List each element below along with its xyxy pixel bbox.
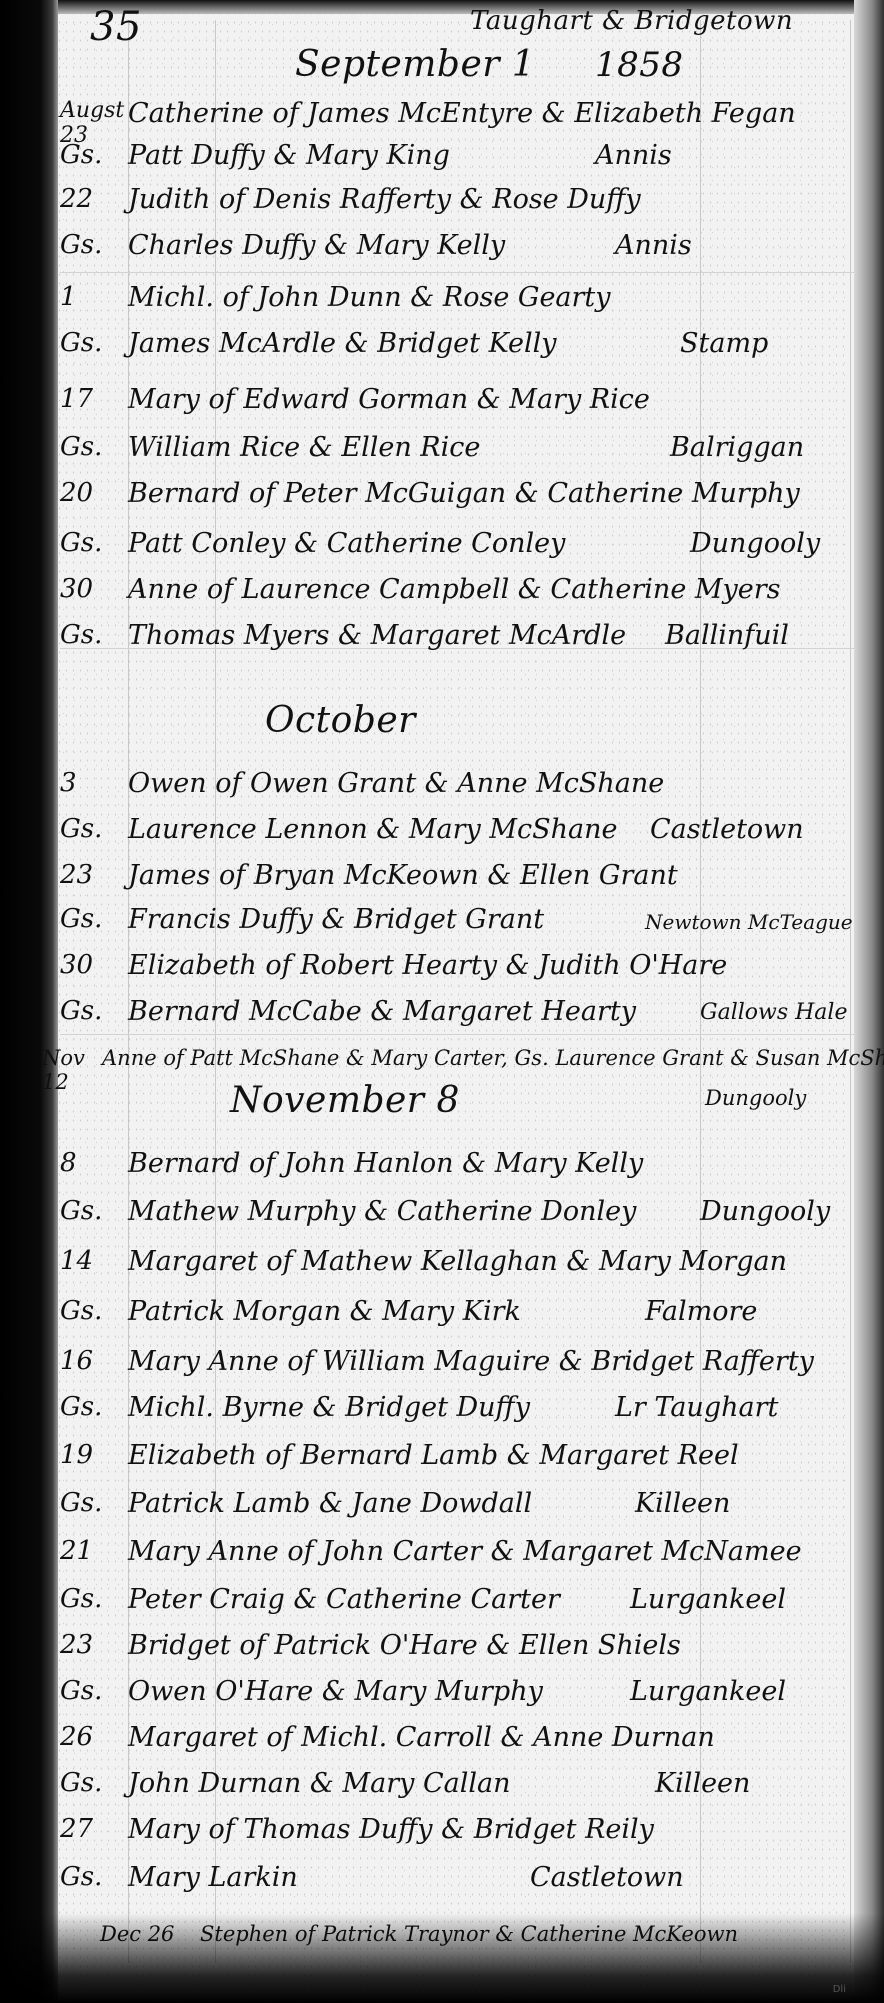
entry-date: 17 [60,384,120,414]
entry-row: Gs. Bernard McCabe & Margaret Hearty Gal… [60,996,854,1036]
entry-date: Gs. [60,140,120,170]
entry-place: Castletown [650,814,804,845]
entry-text: Anne of Laurence Campbell & Catherine My… [128,574,781,605]
entry-row: Gs. William Rice & Ellen Rice Balriggan [60,432,854,472]
page-number: 35 [90,4,142,50]
entry-place: Dungooly [705,1086,806,1110]
entry-date: 21 [60,1536,120,1566]
entry-row: Gs. Patt Duffy & Mary King Annis [60,140,854,180]
entry-text: Anne of Patt McShane & Mary Carter, Gs. … [102,1046,884,1070]
entry-place: Annis [595,140,672,171]
entry-date: Gs. [60,1862,120,1892]
entry-date: 27 [60,1814,120,1844]
entry-text: John Durnan & Mary Callan [128,1768,510,1799]
month-heading-september: September 1 [295,44,535,85]
entry-place: Killeen [655,1768,750,1799]
book-binding [0,0,58,2003]
entry-text: Patrick Morgan & Mary Kirk [128,1296,521,1327]
entry-date: 30 [60,950,120,980]
entry-date: Gs. [60,328,120,358]
entry-date: Gs. [60,1488,120,1518]
entry-row: Gs. Peter Craig & Catherine Carter Lurga… [60,1584,854,1624]
entry-date: Gs. [60,814,120,844]
entry-row: 30 Anne of Laurence Campbell & Catherine… [60,574,854,614]
entry-row: 26 Margaret of Michl. Carroll & Anne Dur… [60,1722,854,1762]
entry-date: 3 [60,768,120,798]
entry-row: Gs. Francis Duffy & Bridget Grant Newtow… [60,904,854,944]
entry-row: 20 Bernard of Peter McGuigan & Catherine… [60,478,854,518]
month-heading-november: November 8 [230,1080,460,1121]
entry-text: Mary Larkin [128,1862,298,1893]
entry-row: 8 Bernard of John Hanlon & Mary Kelly [60,1148,854,1188]
entry-place: Annis [615,230,692,261]
page-right-edge [854,0,884,2003]
entry-place: Falmore [645,1296,757,1327]
entry-row: 23 James of Bryan McKeown & Ellen Grant [60,860,854,900]
entry-row: Gs. Patt Conley & Catherine Conley Dungo… [60,528,854,568]
entry-date: 8 [60,1148,120,1178]
entry-row: 17 Mary of Edward Gorman & Mary Rice [60,384,854,424]
entry-row: Gs. Charles Duffy & Mary Kelly Annis [60,230,854,270]
entry-text: Elizabeth of Robert Hearty & Judith O'Ha… [128,950,727,981]
entry-date: Gs. [60,528,120,558]
entry-place: Ballinfuil [665,620,789,651]
entry-row: 14 Margaret of Mathew Kellaghan & Mary M… [60,1246,854,1286]
entry-text: Charles Duffy & Mary Kelly [128,230,505,261]
entry-date: Nov 12 [42,1046,102,1094]
entry-row: 27 Mary of Thomas Duffy & Bridget Reily [60,1814,854,1854]
entry-date: Gs. [60,432,120,462]
entry-date: 30 [60,574,120,604]
entry-text: Margaret of Michl. Carroll & Anne Durnan [128,1722,715,1753]
entry-place: Lurgankeel [630,1676,786,1707]
entry-place: Lr Taughart [615,1392,778,1423]
entry-date: 1 [60,282,120,312]
entry-row: 30 Elizabeth of Robert Hearty & Judith O… [60,950,854,990]
entry-date: 26 [60,1722,120,1752]
entry-row: Gs. Patrick Lamb & Jane Dowdall Killeen [60,1488,854,1528]
entry-text: Patt Conley & Catherine Conley [128,528,565,559]
entry-text: Thomas Myers & Margaret McArdle [128,620,626,651]
entry-date: 22 [60,184,120,214]
entry-place: Newtown McTeague [645,910,853,934]
entry-row: Gs. James McArdle & Bridget Kelly Stamp [60,328,854,368]
entry-place: Lurgankeel [630,1584,786,1615]
entry-place: Castletown [530,1862,684,1893]
entry-date: 23 [60,860,120,890]
watermark: Dli [833,1984,846,1995]
entry-date: 14 [60,1246,120,1276]
entry-date: 23 [60,1630,120,1660]
entry-text: Judith of Denis Rafferty & Rose Duffy [128,184,641,215]
entry-row: Gs. Thomas Myers & Margaret McArdle Ball… [60,620,854,660]
year-heading: 1858 [595,45,684,85]
entry-date: Gs. [60,1676,120,1706]
entry-date: 19 [60,1440,120,1470]
entry-date: Gs. [60,1296,120,1326]
entry-text: Bernard McCabe & Margaret Hearty [128,996,636,1027]
entry-text: Bridget of Patrick O'Hare & Ellen Shiels [128,1630,681,1661]
entry-text: William Rice & Ellen Rice [128,432,480,463]
entry-text: Patt Duffy & Mary King [128,140,450,171]
entry-place: Balriggan [670,432,804,463]
entry-text: Patrick Lamb & Jane Dowdall [128,1488,532,1519]
entry-text: Catherine of James McEntyre & Elizabeth … [128,98,796,129]
entry-place: Killeen [635,1488,730,1519]
entry-text: Bernard of John Hanlon & Mary Kelly [128,1148,643,1179]
entry-date: Gs. [60,1768,120,1798]
entry-text: Peter Craig & Catherine Carter [128,1584,560,1615]
entry-date: Gs. [60,620,120,650]
entry-date: Gs. [60,1584,120,1614]
month-heading-october: October [265,700,416,741]
entry-text: Mary Anne of William Maguire & Bridget R… [128,1346,814,1377]
entry-row: 22 Judith of Denis Rafferty & Rose Duffy [60,184,854,224]
entry-text: Mary Anne of John Carter & Margaret McNa… [128,1536,802,1567]
entry-date: Gs. [60,230,120,260]
entry-row: Gs. Patrick Morgan & Mary Kirk Falmore [60,1296,854,1336]
entry-text: Mary of Thomas Duffy & Bridget Reily [128,1814,654,1845]
entry-row: Gs. Mathew Murphy & Catherine Donley Dun… [60,1196,854,1236]
entry-text: Mary of Edward Gorman & Mary Rice [128,384,650,415]
entry-date: Gs. [60,904,120,934]
entry-date: Gs. [60,1196,120,1226]
entry-text: Elizabeth of Bernard Lamb & Margaret Ree… [128,1440,739,1471]
entry-row: Gs. John Durnan & Mary Callan Killeen [60,1768,854,1808]
entry-row: 21 Mary Anne of John Carter & Margaret M… [60,1536,854,1576]
entry-text: Mathew Murphy & Catherine Donley [128,1196,636,1227]
parish-note: Taughart & Bridgetown [470,6,793,36]
entry-place: Stamp [680,328,768,359]
entry-date: Gs. [60,1392,120,1422]
entry-place: Dungooly [690,528,820,559]
entry-text: Francis Duffy & Bridget Grant [128,904,544,935]
entry-place: Dungooly [700,1196,830,1227]
entry-text: Bernard of Peter McGuigan & Catherine Mu… [128,478,800,509]
entry-text: Michl. of John Dunn & Rose Gearty [128,282,611,313]
entry-row: Augst 23 Catherine of James McEntyre & E… [60,98,854,138]
entry-text: Margaret of Mathew Kellaghan & Mary Morg… [128,1246,787,1277]
entry-date: Gs. [60,996,120,1026]
entry-row: Gs. Owen O'Hare & Mary Murphy Lurgankeel [60,1676,854,1716]
entry-row: 23 Bridget of Patrick O'Hare & Ellen Shi… [60,1630,854,1670]
entry-row: 16 Mary Anne of William Maguire & Bridge… [60,1346,854,1386]
entry-date: 20 [60,478,120,508]
entry-text: Owen O'Hare & Mary Murphy [128,1676,543,1707]
entry-row: 19 Elizabeth of Bernard Lamb & Margaret … [60,1440,854,1480]
entry-place: Gallows Hale [700,1000,847,1025]
page-bottom-shadow [0,1913,884,2003]
entry-text: Owen of Owen Grant & Anne McShane [128,768,664,799]
entry-text: Laurence Lennon & Mary McShane [128,814,618,845]
entry-text: Michl. Byrne & Bridget Duffy [128,1392,530,1423]
register-page: 35 Taughart & Bridgetown September 1 185… [0,0,884,2003]
entry-text: James of Bryan McKeown & Ellen Grant [128,860,678,891]
entry-row: Gs. Laurence Lennon & Mary McShane Castl… [60,814,854,854]
entry-row: Gs. Michl. Byrne & Bridget Duffy Lr Taug… [60,1392,854,1432]
ruled-row-line [60,272,854,273]
entry-row: Gs. Mary Larkin Castletown [60,1862,854,1902]
entry-row: 1 Michl. of John Dunn & Rose Gearty [60,282,854,322]
entry-text: James McArdle & Bridget Kelly [128,328,557,359]
entry-date: 16 [60,1346,120,1376]
entry-row: 3 Owen of Owen Grant & Anne McShane [60,768,854,808]
